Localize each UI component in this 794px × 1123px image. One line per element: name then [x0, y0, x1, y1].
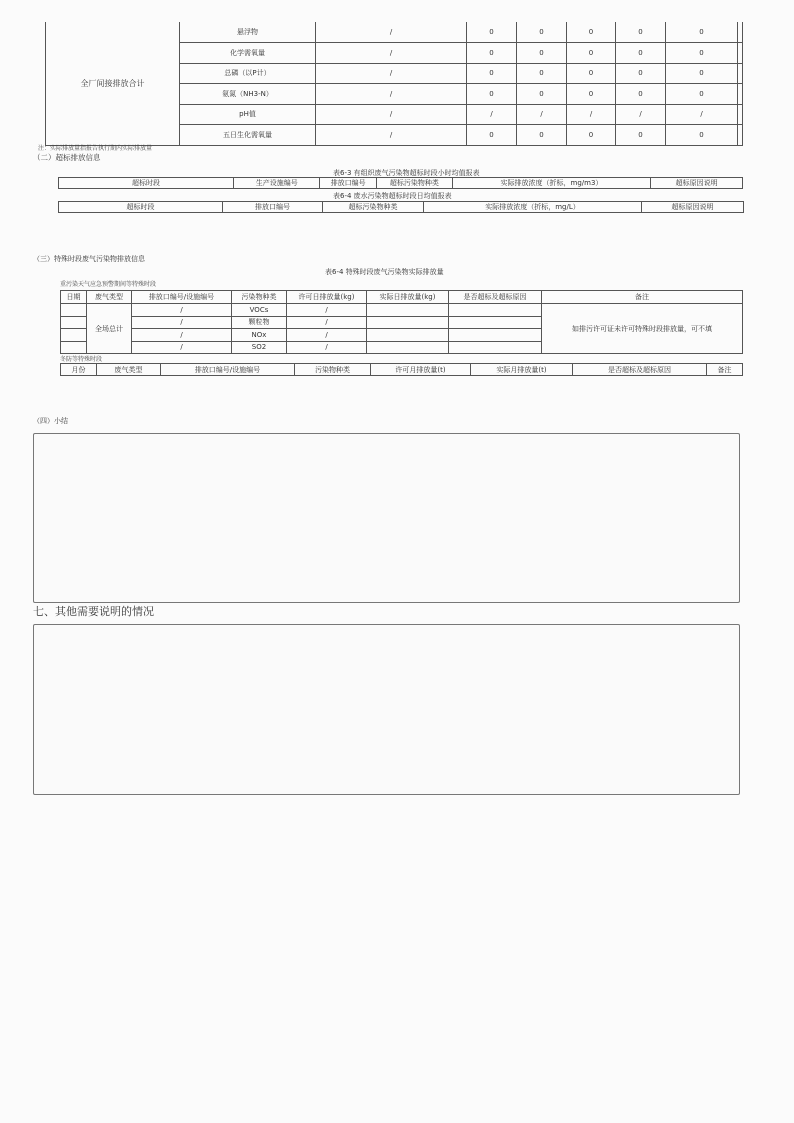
value-cell: 0 [517, 63, 567, 84]
remark-cell: 如排污许可证未许可特殊时段排放量，可不填 [542, 304, 743, 354]
pollutant-cell: 氨氮（NH3-N） [180, 84, 316, 105]
value-cell: 0 [616, 22, 666, 43]
value-cell: / [616, 104, 666, 125]
value-cell: / [316, 125, 467, 146]
value-cell: 0 [567, 84, 616, 105]
value-cell [738, 63, 743, 84]
column-header: 实际排放浓度（折标，mg/L） [424, 202, 642, 213]
pollutant-cell: 悬浮物 [180, 22, 316, 43]
exceed-cell [449, 341, 542, 354]
table-6-3: 超标时段生产设施编号排放口编号超标污染物种类实际排放浓度（折标，mg/m3）超标… [58, 177, 743, 189]
value-cell [738, 104, 743, 125]
actual-cell [367, 341, 449, 354]
column-header: 排放口编号 [320, 178, 377, 189]
discharge-note: 注：实际排放量指报告执行期内实际排放量 [38, 143, 152, 152]
column-header: 实际日排放量(kg) [367, 291, 449, 304]
column-header: 许可日排放量(kg) [287, 291, 367, 304]
column-header: 排放口编号 [223, 202, 323, 213]
table-6-3-header-row: 超标时段生产设施编号排放口编号超标污染物种类实际排放浓度（折标，mg/m3）超标… [59, 178, 743, 189]
pollutant-cell: 总磷（以P计） [180, 63, 316, 84]
section-2-title: （二）超标排放信息 [33, 152, 101, 163]
value-cell: 0 [517, 22, 567, 43]
exceed-cell [449, 316, 542, 329]
column-header: 超标原因说明 [651, 178, 743, 189]
column-header: 许可月排放量(t) [371, 364, 471, 376]
permit-cell: / [287, 316, 367, 329]
column-header: 月份 [61, 364, 97, 376]
column-header: 备注 [707, 364, 743, 376]
permit-cell: / [287, 304, 367, 317]
section-4-title: （四）小结 [33, 416, 68, 426]
column-header: 实际月排放量(t) [471, 364, 573, 376]
column-header: 污染物种类 [232, 291, 287, 304]
value-cell: / [316, 43, 467, 64]
actual-cell [367, 316, 449, 329]
column-header: 超标原因说明 [642, 202, 744, 213]
table-6-4-caption: 表6-4 废水污染物超标时段日均值报表 [333, 191, 452, 201]
summary-textbox[interactable] [33, 433, 740, 603]
table-row: 全厂间接排放合计悬浮物/00000 [46, 22, 743, 43]
column-header: 超标污染物种类 [323, 202, 424, 213]
value-cell: 0 [616, 63, 666, 84]
column-header: 污染物种类 [295, 364, 371, 376]
value-cell: / [316, 84, 467, 105]
value-cell: 0 [666, 84, 738, 105]
actual-cell [367, 304, 449, 317]
column-header: 实际排放浓度（折标，mg/m3） [452, 178, 650, 189]
winter-period-table: 月份废气类型排放口编号/设施编号污染物种类许可月排放量(t)实际月排放量(t)是… [60, 363, 743, 376]
pollutant-cell: VOCs [232, 304, 287, 317]
table-6-4-header-row: 超标时段排放口编号超标污染物种类实际排放浓度（折标，mg/L）超标原因说明 [59, 202, 744, 213]
value-cell: 0 [517, 43, 567, 64]
outlet-cell: / [132, 304, 232, 317]
value-cell: 0 [666, 43, 738, 64]
section-3-title: （三）特殊时段废气污染物排放信息 [33, 254, 145, 264]
column-header: 超标时段 [59, 178, 234, 189]
heavy-header-row: 日期废气类型排放口编号/设施编号污染物种类许可日排放量(kg)实际日排放量(kg… [61, 291, 743, 304]
value-cell: 0 [666, 125, 738, 146]
column-header: 排放口编号/设施编号 [161, 364, 295, 376]
value-cell: / [316, 22, 467, 43]
value-cell: 0 [666, 63, 738, 84]
value-cell: 0 [567, 43, 616, 64]
exceed-cell [449, 329, 542, 342]
heavy-pollution-table: 日期废气类型排放口编号/设施编号污染物种类许可日排放量(kg)实际日排放量(kg… [60, 290, 743, 354]
date-cell [61, 316, 87, 329]
column-header: 是否超标及超标原因 [449, 291, 542, 304]
date-cell [61, 341, 87, 354]
date-cell [61, 304, 87, 317]
outlet-cell: / [132, 329, 232, 342]
value-cell: 0 [616, 43, 666, 64]
column-header: 排放口编号/设施编号 [132, 291, 232, 304]
value-cell: 0 [517, 125, 567, 146]
value-cell: / [567, 104, 616, 125]
special-period-caption: 表6-4 特殊时段废气污染物实际排放量 [325, 267, 444, 277]
other-notes-textbox[interactable] [33, 624, 740, 795]
pollutant-cell: pH值 [180, 104, 316, 125]
value-cell: 0 [616, 84, 666, 105]
value-cell: 0 [517, 84, 567, 105]
permit-cell: / [287, 329, 367, 342]
group-label-cell: 全厂间接排放合计 [46, 22, 180, 145]
column-header: 是否超标及超标原因 [573, 364, 707, 376]
value-cell: / [316, 104, 467, 125]
gas-type-cell: 全场总计 [87, 304, 132, 354]
column-header: 废气类型 [87, 291, 132, 304]
pollutant-cell: 颗粒物 [232, 316, 287, 329]
value-cell: 0 [616, 125, 666, 146]
exceed-cell [449, 304, 542, 317]
pollutant-cell: 化学需氧量 [180, 43, 316, 64]
value-cell: 0 [467, 84, 517, 105]
value-cell: 0 [467, 22, 517, 43]
value-cell [738, 22, 743, 43]
winter-period-label: 冬防等特殊时段 [60, 354, 102, 363]
value-cell: 0 [567, 22, 616, 43]
pollutant-cell: SO2 [232, 341, 287, 354]
winter-header-row: 月份废气类型排放口编号/设施编号污染物种类许可月排放量(t)实际月排放量(t)是… [61, 364, 743, 376]
heavy-pollution-label: 重污染天气应急预警期间等特殊时段 [60, 279, 156, 288]
outlet-cell: / [132, 316, 232, 329]
section-7-title: 七、其他需要说明的情况 [33, 603, 154, 619]
value-cell: / [467, 104, 517, 125]
indirect-discharge-total-table: 全厂间接排放合计悬浮物/00000化学需氧量/00000总磷（以P计）/0000… [45, 22, 743, 146]
value-cell: / [316, 63, 467, 84]
value-cell: 0 [467, 125, 517, 146]
column-header: 废气类型 [97, 364, 161, 376]
value-cell: 0 [666, 22, 738, 43]
value-cell [738, 125, 743, 146]
date-cell [61, 329, 87, 342]
pollutant-cell: NOx [232, 329, 287, 342]
value-cell: / [666, 104, 738, 125]
value-cell [738, 84, 743, 105]
value-cell: 0 [467, 43, 517, 64]
value-cell: 0 [467, 63, 517, 84]
column-header: 生产设施编号 [234, 178, 320, 189]
pollutant-cell: 五日生化需氧量 [180, 125, 316, 146]
table-6-4: 超标时段排放口编号超标污染物种类实际排放浓度（折标，mg/L）超标原因说明 [58, 201, 744, 213]
outlet-cell: / [132, 341, 232, 354]
column-header: 超标污染物种类 [376, 178, 452, 189]
value-cell: 0 [567, 63, 616, 84]
column-header: 日期 [61, 291, 87, 304]
value-cell: / [517, 104, 567, 125]
table-row: 全场总计/VOCs/如排污许可证未许可特殊时段排放量，可不填 [61, 304, 743, 317]
permit-cell: / [287, 341, 367, 354]
column-header: 超标时段 [59, 202, 223, 213]
column-header: 备注 [542, 291, 743, 304]
actual-cell [367, 329, 449, 342]
value-cell: 0 [567, 125, 616, 146]
value-cell [738, 43, 743, 64]
